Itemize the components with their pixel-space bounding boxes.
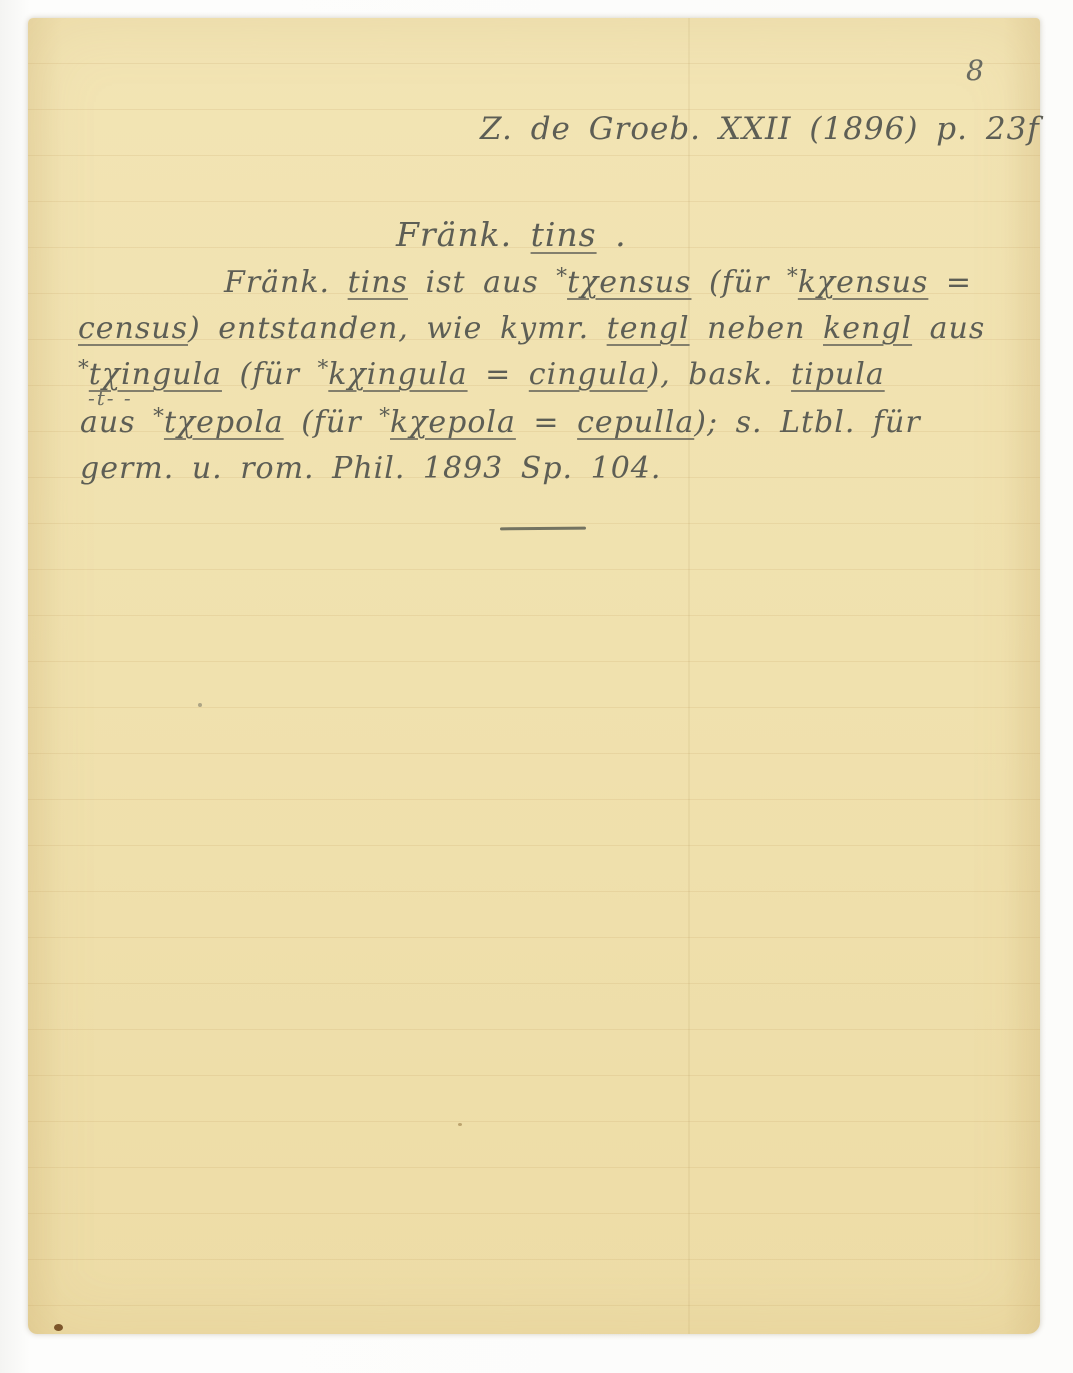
- handwritten-line-title: Fränk. tins .: [396, 214, 627, 255]
- text-segment: ); s. Ltbl. für: [694, 405, 920, 440]
- text-segment: germ. u. rom. Phil. 1893 Sp. 104.: [80, 451, 661, 486]
- text-segment: tχepola: [164, 405, 284, 440]
- text-segment: *: [787, 264, 798, 289]
- handwritten-line-citation: Z. de Groeb. XXII (1896) p. 23f: [480, 110, 1040, 149]
- text-segment: *: [379, 404, 390, 429]
- text-segment: kχingula: [328, 357, 467, 392]
- text-segment: =: [928, 265, 972, 300]
- text-segment: Fränk.: [224, 265, 348, 300]
- text-segment: tipula: [791, 357, 885, 392]
- text-segment: .: [597, 215, 627, 254]
- text-segment: ) entstanden, wie kymr.: [188, 311, 607, 346]
- text-segment: ), bask.: [648, 357, 792, 392]
- text-segment: tχensus: [567, 265, 691, 300]
- text-segment: tins: [531, 215, 597, 254]
- paper-speck: [198, 703, 202, 707]
- text-segment: *: [153, 404, 164, 429]
- text-segment: aus: [912, 311, 985, 346]
- text-segment: (für: [222, 357, 318, 392]
- text-segment: (für: [284, 405, 380, 440]
- text-segment: *: [556, 264, 567, 289]
- closing-rule: [500, 527, 586, 531]
- text-segment: =: [468, 357, 529, 392]
- paper-speck: [458, 1123, 462, 1126]
- handwritten-line-b3: *tχingula (für *kχingula = cingula), bas…: [78, 356, 885, 394]
- text-segment: Fränk.: [396, 215, 531, 254]
- interline-correction-note: -t- -: [88, 386, 133, 410]
- text-segment: *: [318, 356, 329, 381]
- text-segment: *: [78, 356, 89, 381]
- text-segment: (für: [691, 265, 787, 300]
- text-segment: aus: [80, 405, 153, 440]
- text-segment: ist aus: [408, 265, 556, 300]
- text-segment: kengl: [823, 311, 912, 346]
- text-segment: kχepola: [390, 405, 516, 440]
- text-segment: cepulla: [577, 405, 694, 440]
- text-segment: Z. de Groeb. XXII (1896) p. 23f: [480, 111, 1040, 147]
- paper-stain: [54, 1324, 63, 1331]
- text-segment: tins: [348, 265, 408, 300]
- handwritten-line-b5: germ. u. rom. Phil. 1893 Sp. 104.: [80, 450, 661, 488]
- handwritten-line-b1: Fränk. tins ist aus *tχensus (für *kχens…: [224, 264, 972, 302]
- manuscript-paper-sheet: 8 Z. de Groeb. XXII (1896) p. 23fFränk. …: [28, 18, 1040, 1334]
- text-segment: tengl: [607, 311, 690, 346]
- handwritten-line-b4: aus *tχepola (für *kχepola = cepulla); s…: [80, 404, 921, 442]
- text-segment: neben: [690, 311, 823, 346]
- handwritten-line-b2: census) entstanden, wie kymr. tengl nebe…: [78, 310, 985, 348]
- paper-fold-line: [688, 18, 690, 1334]
- text-segment: census: [78, 311, 188, 346]
- text-segment: kχensus: [798, 265, 929, 300]
- page-number: 8: [966, 54, 984, 87]
- text-segment: =: [516, 405, 577, 440]
- text-segment: cingula: [529, 357, 648, 392]
